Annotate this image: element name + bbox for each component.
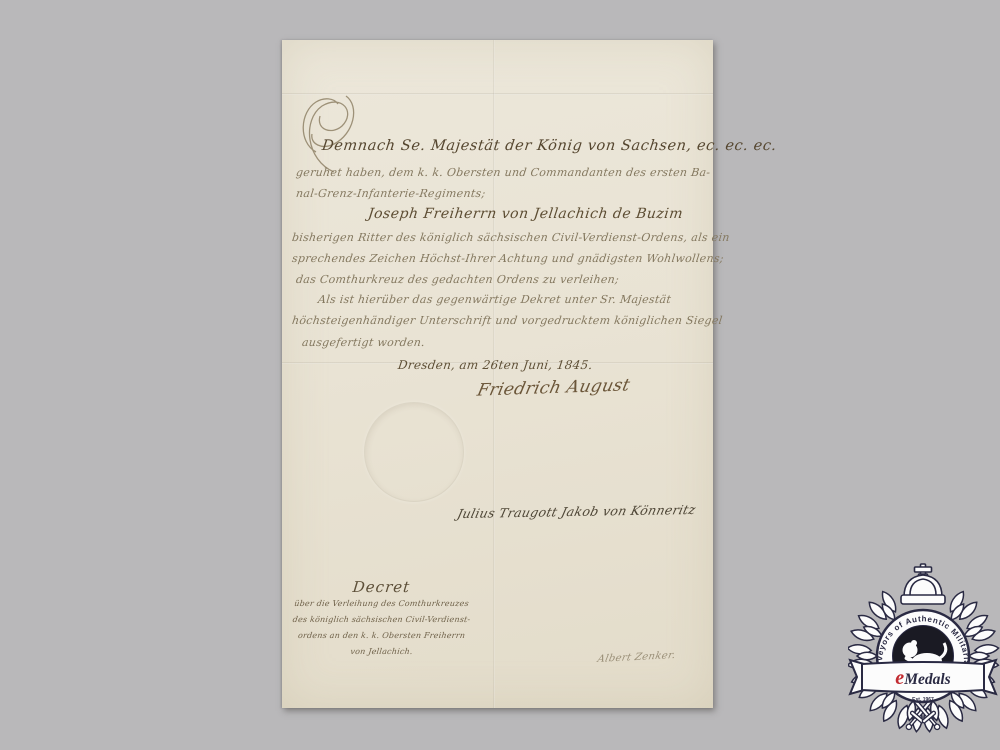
recipient-name-line: Joseph Freiherrn von Jellachich de Buzim: [367, 206, 684, 222]
document-line: bisherigen Ritter des königlich sächsisc…: [291, 231, 730, 244]
brand-e: e: [895, 667, 904, 689]
document-line: Demnach Se. Majestät der König von Sachs…: [321, 138, 778, 154]
royal-signature: Friedrich August: [475, 375, 632, 400]
est-label: Est. 1967: [912, 697, 934, 703]
document-line: höchsteigenhändiger Unterschrift und vor…: [291, 314, 723, 327]
counter-signature: Julius Traugott Jakob von Könneritz: [456, 502, 698, 521]
crown-icon: [901, 564, 945, 604]
clerk-signature: Albert Zenker.: [596, 650, 676, 665]
document-line: geruhet haben, dem k. k. Obersten und Co…: [295, 166, 711, 179]
brand-wordmark: eMedals: [895, 667, 950, 689]
document-line: sprechendes Zeichen Höchst-Ihrer Achtung…: [291, 252, 724, 265]
photo-background: Demnach Se. Majestät der König von Sachs…: [0, 0, 1000, 750]
calligraphic-flourish-icon: [294, 88, 372, 176]
docket-line: über die Verleihung des Comthurkreuzes: [283, 596, 480, 612]
document-line: das Comthurkreuz des gedachten Ordens zu…: [295, 273, 620, 286]
emedals-watermark: Purveyors of Authentic Militaria: [848, 560, 1000, 748]
docket-line: des königlich sächsischen Civil-Verdiens…: [283, 612, 480, 628]
brand-rest: Medals: [903, 671, 951, 688]
document-line: Als ist hierüber das gegenwärtige Dekret…: [317, 293, 672, 306]
docket-line: ordens an den k. k. Obersten Freiherrn: [283, 628, 480, 644]
embossed-seal: [364, 402, 464, 502]
docket-heading: Decret: [283, 578, 480, 596]
docket-block: Decret über die Verleihung des Comthurkr…: [284, 578, 479, 660]
document-paper: Demnach Se. Majestät der König von Sachs…: [282, 40, 713, 708]
document-line: ausgefertigt worden.: [301, 336, 426, 349]
document-line: nal-Grenz-Infanterie-Regiments;: [295, 187, 486, 200]
docket-line: von Jellachich.: [283, 644, 480, 660]
date-line: Dresden, am 26ten Juni, 1845.: [397, 358, 593, 372]
